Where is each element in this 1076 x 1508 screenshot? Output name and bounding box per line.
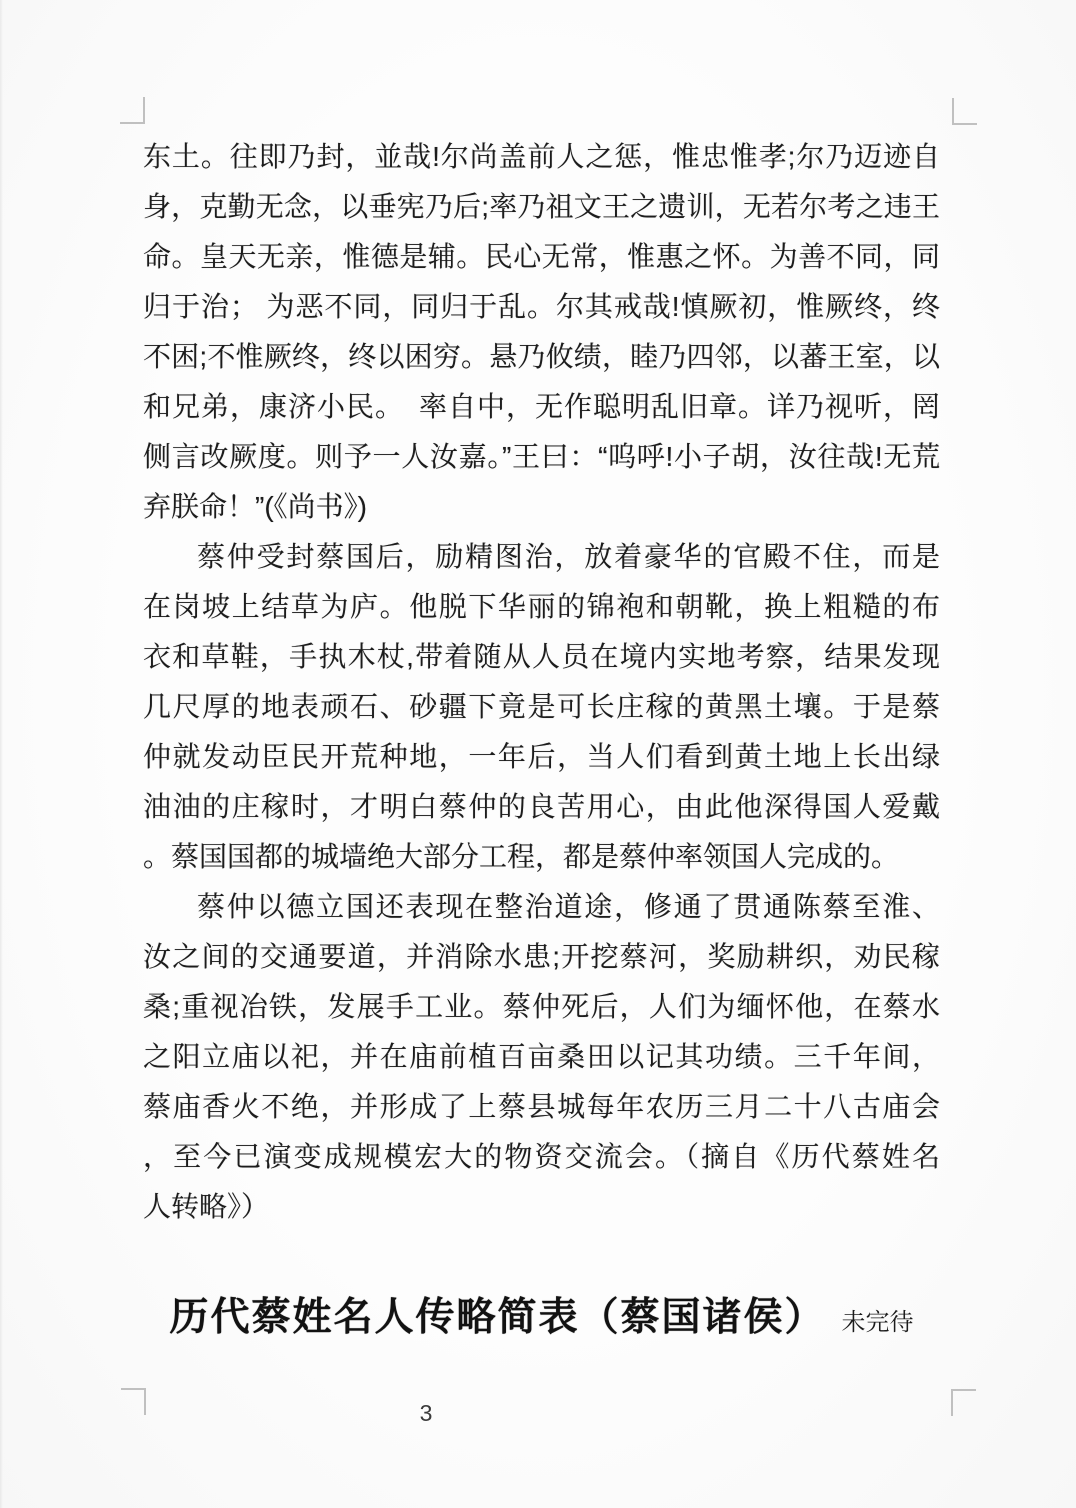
text-line: 仲就发动臣民开荒种地，一年后，当人们看到黄土地上长出绿	[143, 732, 940, 782]
section-heading: 历代蔡姓名人传略简表（蔡国诸侯） 未完待	[143, 1286, 940, 1342]
page-number: 3	[406, 1400, 446, 1427]
text-line: 蔡庙香火不绝，并形成了上蔡县城每年农历三月二十八古庙会	[143, 1082, 940, 1132]
text-line: 和兄弟，康济小民。 率自中，无作聪明乱旧章。详乃视听，罔以	[143, 382, 940, 432]
text-line: 蔡仲以德立国还表现在整治道途，修通了贯通陈蔡至淮、	[143, 882, 940, 932]
text-line: 蔡仲受封蔡国后，励精图治，放着豪华的官殿不住，而是	[143, 532, 940, 582]
text-line: 不困;不惟厥终，终以困穷。悬乃攸绩，睦乃四邻，以蕃王室，以	[143, 332, 940, 382]
text-line: 归于治； 为恶不同，同归于乱。尔其戒哉!慎厥初，惟厥终，终以	[143, 282, 940, 332]
margin-mark-top-left-icon	[120, 97, 145, 124]
text-line: 东土。往即乃封，並哉!尔尚盖前人之惩，惟忠惟孝;尔乃迈迹自	[143, 132, 940, 182]
body-text: 东土。往即乃封，並哉!尔尚盖前人之惩，惟忠惟孝;尔乃迈迹自 身，克勤无念，以垂宪…	[143, 132, 940, 1232]
margin-mark-bottom-right-icon	[951, 1389, 976, 1416]
section-heading-note: 未完待	[842, 1302, 914, 1337]
text-line: 桑;重视冶铁，发展手工业。蔡仲死后，人们为缅怀他，在蔡水	[143, 982, 940, 1032]
text-line: 侧言改厥度。则予一人汝嘉。”王曰：“呜呼!小子胡，汝往哉!无荒	[143, 432, 940, 482]
text-line: 弃朕命！”(《尚书》)	[143, 482, 940, 532]
photo-edge-shade	[0, 0, 3, 1508]
text-line: 汝之间的交通要道，并消除水患;开挖蔡河，奖励耕织，劝民稼	[143, 932, 940, 982]
text-line: 命。皇天无亲，惟德是辅。民心无常，惟惠之怀。为善不同，同	[143, 232, 940, 282]
margin-mark-top-right-icon	[952, 98, 977, 125]
text-line: 几尺厚的地表顽石、砂疆下竟是可长庄稼的黄黑土壤。于是蔡	[143, 682, 940, 732]
text-line: 衣和草鞋，手执木杖,带着随从人员在境内实地考察，结果发现	[143, 632, 940, 682]
text-line: 人转略》）	[143, 1182, 940, 1232]
text-line: 身，克勤无念，以垂宪乃后;率乃祖文王之遗训，无若尔考之违王	[143, 182, 940, 232]
text-line: 在岗坡上结草为庐。他脱下华丽的锦袍和朝靴，换上粗糙的布	[143, 582, 940, 632]
text-line: 油油的庄稼时，才明白蔡仲的良苦用心，由此他深得国人爱戴	[143, 782, 940, 832]
document-page: 东土。往即乃封，並哉!尔尚盖前人之惩，惟忠惟孝;尔乃迈迹自 身，克勤无念，以垂宪…	[0, 0, 1076, 1508]
text-line: 之阳立庙以祀，并在庙前植百亩桑田以记其功绩。三千年间，	[143, 1032, 940, 1082]
margin-mark-bottom-left-icon	[121, 1388, 146, 1415]
text-line: 。蔡国国都的城墙绝大部分工程，都是蔡仲率领国人完成的。	[143, 832, 940, 882]
section-heading-title: 历代蔡姓名人传略简表（蔡国诸侯）	[169, 1286, 825, 1342]
text-line: ，至今已演变成规模宏大的物资交流会。（摘自《历代蔡姓名	[143, 1132, 940, 1182]
